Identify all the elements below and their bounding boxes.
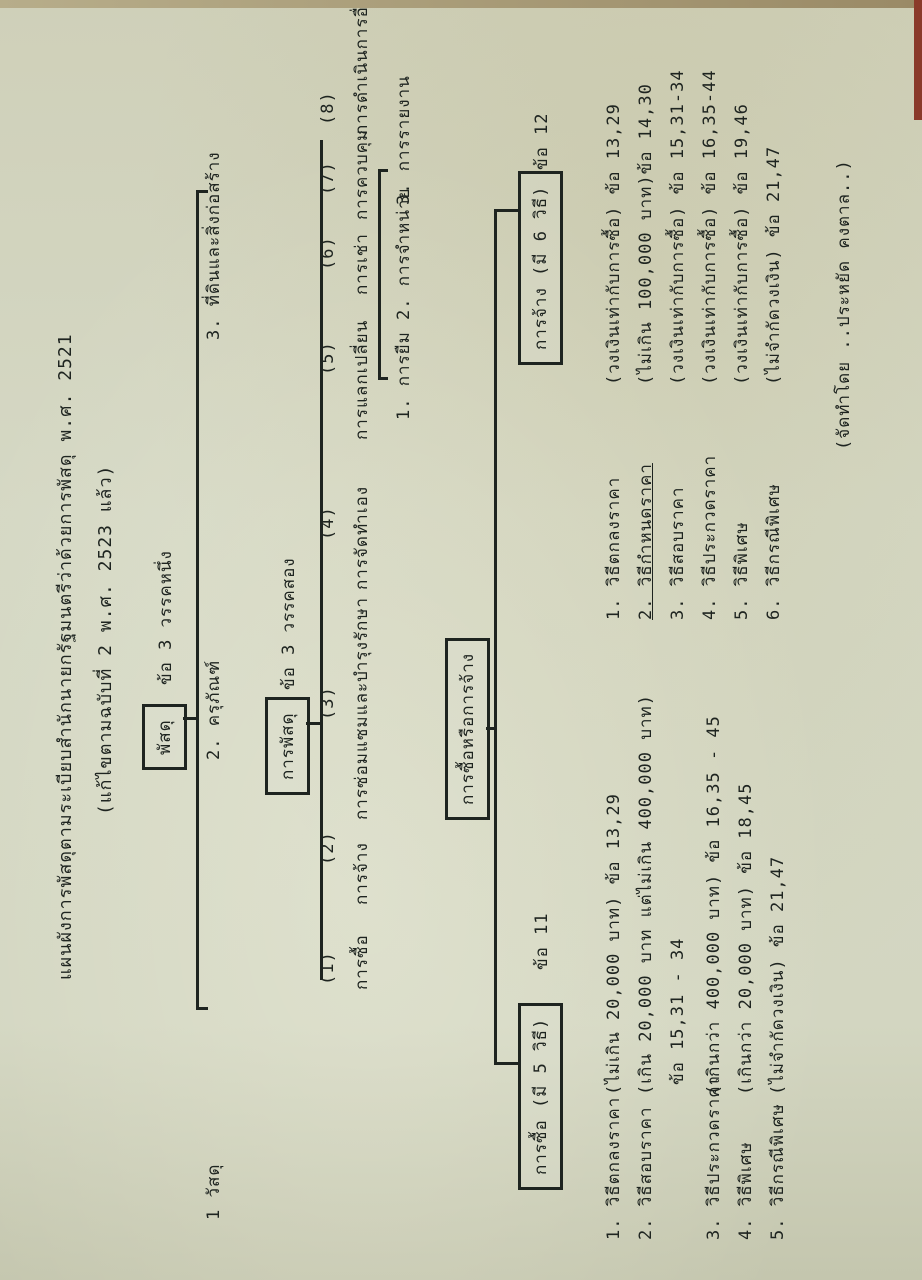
box-kan-phasadu: การพัสดุ — [265, 697, 310, 795]
phasadu-ref: ข้อ 3 วรรคหนึ่ง — [152, 550, 179, 685]
level2-item-hire: การจ้าง — [348, 842, 375, 905]
level1-item-land-buildings: 3. ที่ดินและสิ่งก่อสร้าง — [200, 151, 227, 340]
purchase-method-1: 1. วิธีตกลงราคา — [600, 1097, 627, 1240]
level2-num-2: (2) — [318, 831, 338, 865]
purchase-method-4-cond: (เกินกว่า 20,000 บาท) ข้อ 18,45 — [732, 783, 759, 1095]
hire-method-3: 3. วิธีสอบราคา — [664, 486, 691, 620]
procurement-hline — [494, 210, 497, 1065]
hire-ref: ข้อ 12 — [528, 112, 555, 170]
level1-hline — [196, 190, 199, 1010]
connector-line — [494, 209, 518, 212]
author-credit: (จัดทำโดย ..ประหยัด คงตาล..) — [830, 159, 857, 450]
control-sub-dispose: 2. การจำหน่าย — [390, 187, 417, 320]
level2-item-repair: การซ่อมแซมและบำรุงรักษา — [348, 597, 375, 820]
box-purchase-methods: การซื้อ (มี 5 วิธี) — [518, 1003, 563, 1190]
hire-method-4: 4. วิธีประกวดราคา — [696, 455, 723, 620]
page-edge — [0, 0, 922, 8]
connector-line — [494, 1062, 518, 1065]
level2-item-rent: การเช่า — [348, 233, 375, 295]
control-sub-report: 3. การรายงาน — [390, 75, 417, 205]
purchase-method-4: 4. วิธีพิเศษ — [732, 1141, 759, 1240]
hire-method-4-cond: (วงเงินเท่ากับการซื้อ) ข้อ 16,35-44 — [696, 69, 723, 385]
hire-method-5: 5. วิธีพิเศษ — [728, 521, 755, 620]
level2-num-6: (6) — [318, 236, 338, 270]
level2-item-exchange: การแลกเปลี่ยน — [348, 320, 375, 440]
connector-line — [378, 169, 388, 172]
level2-num-3: (3) — [318, 686, 338, 720]
hire-method-6: 6. วิธีกรณีพิเศษ — [760, 483, 787, 620]
purchase-method-3: 3. วิธีประกวดราคา — [700, 1075, 727, 1240]
purchase-method-5: 5. วิธีกรณีพิเศษ — [764, 1103, 791, 1240]
level1-item-equipment: 2. ครุภัณฑ์ — [200, 660, 227, 760]
box-purchase-or-hire: การซื้อหรือการจ้าง — [445, 638, 490, 820]
connector-line — [306, 722, 320, 725]
hire-method-2: 2. วิธีกำหนดราคา — [632, 463, 659, 620]
hire-method-3-cond: (วงเงินเท่ากับการซื้อ) ข้อ 15,31-34 — [664, 69, 691, 385]
level2-item-other: การดำเนินการอื่น ๆ — [348, 0, 375, 135]
page-edge-binding — [914, 0, 922, 120]
hire-method-6-cond: (ไม่จำกัดวงเงิน) ข้อ 21,47 — [760, 146, 787, 385]
level2-item-control: การควบคุม — [348, 129, 375, 220]
purchase-method-2-cond: (เกิน 20,000 บาท แต่ไม่เกิน 400,000 บาท) — [632, 694, 659, 1095]
control-sub-hline — [378, 170, 381, 380]
document-title: แผนผังการพัสดุตามระเบียบสำนักนายกรัฐมนตร… — [50, 333, 79, 980]
document-subtitle: (แก้ไขตามฉบับที่ 2 พ.ศ. 2523 แล้ว) — [90, 465, 119, 815]
purchase-ref: ข้อ 11 — [528, 912, 555, 970]
purchase-method-3-cond: (เกินกว่า 400,000 บาท) ข้อ 16,35 - 45 — [700, 715, 727, 1095]
hire-method-2-cond: (ไม่เกิน 100,000 บาท)ข้อ 14,30 — [632, 83, 659, 385]
hire-method-5-cond: (วงเงินเท่ากับการซื้อ) ข้อ 19,46 — [728, 103, 755, 385]
control-sub-borrow: 1. การยืม — [390, 331, 417, 420]
connector-line — [196, 1007, 208, 1010]
level2-item-purchase: การซื้อ — [348, 934, 375, 990]
kan-phasadu-ref: ข้อ 3 วรรคสอง — [275, 557, 302, 690]
purchase-method-2: 2. วิธีสอบราคา — [632, 1106, 659, 1240]
purchase-method-5-cond: (ไม่จำกัดวงเงิน) ข้อ 21,47 — [764, 856, 791, 1095]
purchase-method-1-cond: (ไม่เกิน 20,000 บาท) ข้อ 13,29 — [600, 793, 627, 1095]
box-hire-methods: การจ้าง (มี 6 วิธี) — [518, 171, 563, 365]
box-phasadu: พัสดุ — [142, 704, 187, 770]
connector-line — [183, 717, 197, 720]
hire-method-1: 1. วิธีตกลงราคา — [600, 477, 627, 620]
level2-num-5: (5) — [318, 341, 338, 375]
level2-num-1: (1) — [318, 951, 338, 985]
scanned-document-page: แผนผังการพัสดุตามระเบียบสำนักนายกรัฐมนตร… — [0, 0, 922, 1280]
hire-method-1-cond: (วงเงินเท่ากับการซื้อ) ข้อ 13,29 — [600, 103, 627, 385]
level1-item-materials: 1 วัสดุ — [200, 1164, 227, 1220]
purchase-method-2-ref: ข้อ 15,31 - 34 — [664, 938, 691, 1085]
level2-num-7: (7) — [318, 161, 338, 195]
level2-num-4: (4) — [318, 506, 338, 540]
level2-num-8: (8) — [318, 91, 338, 125]
connector-line — [378, 377, 388, 380]
level2-item-self-made: การจัดทำเอง — [348, 486, 375, 590]
